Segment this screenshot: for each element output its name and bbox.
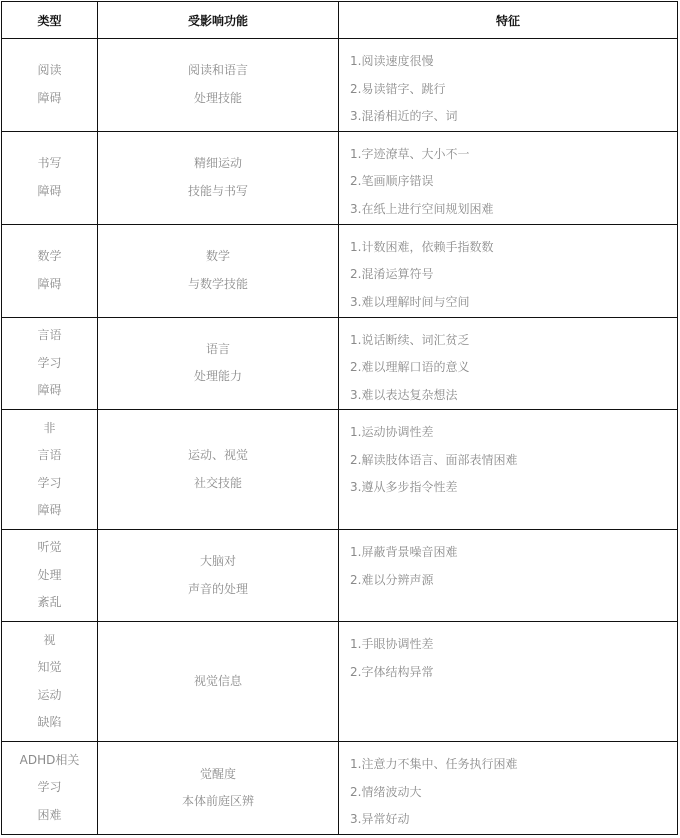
features-cell-line: 3.难以理解时间与空间: [350, 289, 677, 317]
features-cell: 1.手眼协调性差2.字体结构异常: [339, 622, 678, 742]
type-cell-line: 紊乱: [2, 589, 97, 617]
function-cell-line: 大脑对: [98, 548, 338, 576]
function-cell-line: 觉醒度: [98, 761, 338, 789]
features-cell: 1.阅读速度很慢2.易读错字、跳行3.混淆相近的字、词: [339, 39, 678, 132]
type-cell-line: 障碍: [2, 377, 97, 405]
type-cell-line: 缺陷: [2, 709, 97, 737]
type-cell-line: 视: [2, 627, 97, 655]
function-cell-line: 处理能力: [98, 363, 338, 391]
features-cell-line: 2.字体结构异常: [350, 659, 677, 687]
type-cell-line: ADHD相关: [2, 747, 97, 775]
function-cell: 视觉信息: [98, 622, 339, 742]
function-cell-line: 处理技能: [98, 85, 338, 113]
header-function: 受影响功能: [98, 2, 339, 39]
type-cell-line: 数学: [2, 243, 97, 271]
features-cell: 1.字迹潦草、大小不一2.笔画顺序错误3.在纸上进行空间规划困难: [339, 131, 678, 224]
type-cell-line: 处理: [2, 562, 97, 590]
features-cell-line: 1.字迹潦草、大小不一: [350, 141, 677, 169]
function-cell: 精细运动技能与书写: [98, 131, 339, 224]
function-cell-line: 与数学技能: [98, 271, 338, 299]
function-cell: 语言处理能力: [98, 317, 339, 410]
type-cell: 视知觉运动缺陷: [2, 622, 98, 742]
table-row: 听觉处理紊乱大脑对声音的处理1.屏蔽背景噪音困难2.难以分辨声源: [2, 530, 678, 622]
function-cell-line: 数学: [98, 243, 338, 271]
function-cell-line: 阅读和语言: [98, 57, 338, 85]
features-cell: 1.屏蔽背景噪音困难2.难以分辨声源: [339, 530, 678, 622]
header-features: 特征: [339, 2, 678, 39]
header-type: 类型: [2, 2, 98, 39]
function-cell-line: 技能与书写: [98, 178, 338, 206]
features-cell-line: 3.混淆相近的字、词: [350, 103, 677, 131]
type-cell: 数学障碍: [2, 224, 98, 317]
table-row: 书写障碍精细运动技能与书写1.字迹潦草、大小不一2.笔画顺序错误3.在纸上进行空…: [2, 131, 678, 224]
type-cell-line: 书写: [2, 150, 97, 178]
type-cell: 非言语学习障碍: [2, 410, 98, 530]
features-cell: 1.运动协调性差2.解读肢体语言、面部表情困难3.遵从多步指令性差: [339, 410, 678, 530]
features-cell-line: 3.遵从多步指令性差: [350, 474, 677, 502]
function-cell-line: 社交技能: [98, 470, 338, 498]
table-row: 非言语学习障碍运动、视觉社交技能1.运动协调性差2.解读肢体语言、面部表情困难3…: [2, 410, 678, 530]
features-cell-line: 1.计数困难，依赖手指数数: [350, 234, 677, 262]
features-cell-line: 3.难以表达复杂想法: [350, 382, 677, 410]
type-cell-line: 言语: [2, 322, 97, 350]
type-cell-line: 阅读: [2, 57, 97, 85]
type-cell-line: 运动: [2, 682, 97, 710]
table-body: 阅读障碍阅读和语言处理技能1.阅读速度很慢2.易读错字、跳行3.混淆相近的字、词…: [2, 39, 678, 835]
type-cell-line: 困难: [2, 802, 97, 830]
features-cell-line: 1.阅读速度很慢: [350, 48, 677, 76]
features-cell-line: 1.手眼协调性差: [350, 631, 677, 659]
table-row: 阅读障碍阅读和语言处理技能1.阅读速度很慢2.易读错字、跳行3.混淆相近的字、词: [2, 39, 678, 132]
type-cell: 阅读障碍: [2, 39, 98, 132]
table-row: 言语学习障碍语言处理能力1.说话断续、词汇贫乏2.难以理解口语的意义3.难以表达…: [2, 317, 678, 410]
table-row: 视知觉运动缺陷视觉信息1.手眼协调性差2.字体结构异常: [2, 622, 678, 742]
function-cell: 数学与数学技能: [98, 224, 339, 317]
function-cell: 大脑对声音的处理: [98, 530, 339, 622]
function-cell-line: 声音的处理: [98, 576, 338, 604]
features-cell-line: 1.屏蔽背景噪音困难: [350, 539, 677, 567]
features-cell-line: 1.运动协调性差: [350, 419, 677, 447]
function-cell: 阅读和语言处理技能: [98, 39, 339, 132]
features-cell-line: 2.混淆运算符号: [350, 261, 677, 289]
type-cell-line: 学习: [2, 470, 97, 498]
type-cell-line: 非: [2, 415, 97, 443]
type-cell-line: 知觉: [2, 654, 97, 682]
features-cell-line: 1.说话断续、词汇贫乏: [350, 327, 677, 355]
type-cell: 听觉处理紊乱: [2, 530, 98, 622]
features-cell-line: 2.情绪波动大: [350, 779, 677, 807]
type-cell-line: 听觉: [2, 534, 97, 562]
table-row: 数学障碍数学与数学技能1.计数困难，依赖手指数数2.混淆运算符号3.难以理解时间…: [2, 224, 678, 317]
table-row: ADHD相关学习困难觉醒度本体前庭区辨1.注意力不集中、任务执行困难2.情绪波动…: [2, 742, 678, 835]
function-cell: 运动、视觉社交技能: [98, 410, 339, 530]
features-cell-line: 2.难以理解口语的意义: [350, 354, 677, 382]
function-cell-line: 语言: [98, 336, 338, 364]
learning-disability-table: 类型 受影响功能 特征 阅读障碍阅读和语言处理技能1.阅读速度很慢2.易读错字、…: [1, 1, 678, 835]
function-cell-line: 本体前庭区辨: [98, 788, 338, 816]
type-cell-line: 学习: [2, 350, 97, 378]
features-cell-line: 3.异常好动: [350, 806, 677, 834]
type-cell-line: 障碍: [2, 271, 97, 299]
features-cell-line: 2.易读错字、跳行: [350, 76, 677, 104]
features-cell: 1.计数困难，依赖手指数数2.混淆运算符号3.难以理解时间与空间: [339, 224, 678, 317]
features-cell: 1.说话断续、词汇贫乏2.难以理解口语的意义3.难以表达复杂想法: [339, 317, 678, 410]
type-cell-line: 言语: [2, 442, 97, 470]
type-cell: ADHD相关学习困难: [2, 742, 98, 835]
function-cell: 觉醒度本体前庭区辨: [98, 742, 339, 835]
function-cell-line: 视觉信息: [98, 668, 338, 696]
type-cell: 言语学习障碍: [2, 317, 98, 410]
type-cell: 书写障碍: [2, 131, 98, 224]
features-cell-line: 2.笔画顺序错误: [350, 168, 677, 196]
features-cell-line: 2.难以分辨声源: [350, 567, 677, 595]
header-row: 类型 受影响功能 特征: [2, 2, 678, 39]
features-cell-line: 1.注意力不集中、任务执行困难: [350, 751, 677, 779]
function-cell-line: 精细运动: [98, 150, 338, 178]
type-cell-line: 障碍: [2, 178, 97, 206]
type-cell-line: 学习: [2, 774, 97, 802]
features-cell-line: 3.在纸上进行空间规划困难: [350, 196, 677, 224]
function-cell-line: 运动、视觉: [98, 442, 338, 470]
features-cell: 1.注意力不集中、任务执行困难2.情绪波动大3.异常好动: [339, 742, 678, 835]
type-cell-line: 障碍: [2, 497, 97, 525]
features-cell-line: 2.解读肢体语言、面部表情困难: [350, 447, 677, 475]
type-cell-line: 障碍: [2, 85, 97, 113]
